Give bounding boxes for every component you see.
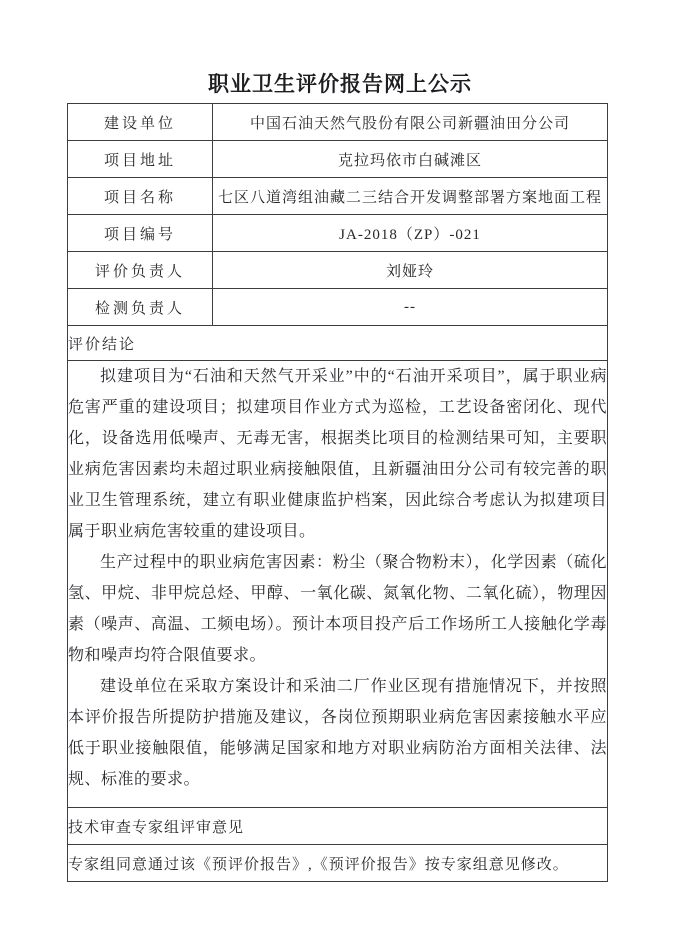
- table-row-project-number: 项目编号 JA-2018（ZP）-021: [68, 215, 608, 252]
- field-label-project-address: 项目地址: [68, 141, 213, 178]
- table-row-conclusion-header: 评价结论: [68, 326, 608, 361]
- review-opinion-comment: 专家组同意通过该《预评价报告》,《预评价报告》按专家组意见修改。: [68, 845, 608, 882]
- field-label-project-name: 项目名称: [68, 178, 213, 215]
- field-label-project-number: 项目编号: [68, 215, 213, 252]
- field-value-project-address: 克拉玛依市白碱滩区: [213, 141, 608, 178]
- table-row-testing-lead: 检测负责人 --: [68, 289, 608, 326]
- document-page: 职业卫生评价报告网上公示 建设单位 中国石油天然气股份有限公司新疆油田分公司 项…: [0, 0, 680, 944]
- table-row-project-name: 项目名称 七区八道湾组油藏二三结合开发调整部署方案地面工程: [68, 178, 608, 215]
- notice-table: 建设单位 中国石油天然气股份有限公司新疆油田分公司 项目地址 克拉玛依市白碱滩区…: [67, 103, 608, 882]
- field-label-construction-unit: 建设单位: [68, 104, 213, 141]
- conclusion-section-label: 评价结论: [68, 326, 608, 361]
- table-row-conclusion-body: 拟建项目为“石油和天然气开采业”中的“石油开采项目”，属于职业病危害严重的建设项…: [68, 361, 608, 808]
- table-row-construction-unit: 建设单位 中国石油天然气股份有限公司新疆油田分公司: [68, 104, 608, 141]
- field-value-project-name: 七区八道湾组油藏二三结合开发调整部署方案地面工程: [213, 178, 608, 215]
- table-row-review-comment: 专家组同意通过该《预评价报告》,《预评价报告》按专家组意见修改。: [68, 845, 608, 882]
- field-label-testing-lead: 检测负责人: [68, 289, 213, 326]
- field-value-construction-unit: 中国石油天然气股份有限公司新疆油田分公司: [213, 104, 608, 141]
- conclusion-paragraph-3: 建设单位在采取方案设计和采油二厂作业区现有措施情况下，并按照本评价报告所提防护措…: [68, 671, 607, 795]
- field-value-evaluation-lead: 刘娅玲: [213, 252, 608, 289]
- conclusion-body-cell: 拟建项目为“石油和天然气开采业”中的“石油开采项目”，属于职业病危害严重的建设项…: [68, 361, 608, 808]
- table-row-project-address: 项目地址 克拉玛依市白碱滩区: [68, 141, 608, 178]
- field-value-project-number: JA-2018（ZP）-021: [213, 215, 608, 252]
- review-opinion-header: 技术审查专家组评审意见: [68, 808, 608, 845]
- field-value-testing-lead: --: [213, 289, 608, 326]
- conclusion-paragraph-2: 生产过程中的职业病危害因素：粉尘（聚合物粉末），化学因素（硫化氢、甲烷、非甲烷总…: [68, 547, 607, 671]
- table-row-evaluation-lead: 评价负责人 刘娅玲: [68, 252, 608, 289]
- conclusion-paragraph-1: 拟建项目为“石油和天然气开采业”中的“石油开采项目”，属于职业病危害严重的建设项…: [68, 361, 607, 547]
- field-label-evaluation-lead: 评价负责人: [68, 252, 213, 289]
- table-row-review-header: 技术审查专家组评审意见: [68, 808, 608, 845]
- page-title: 职业卫生评价报告网上公示: [0, 68, 680, 98]
